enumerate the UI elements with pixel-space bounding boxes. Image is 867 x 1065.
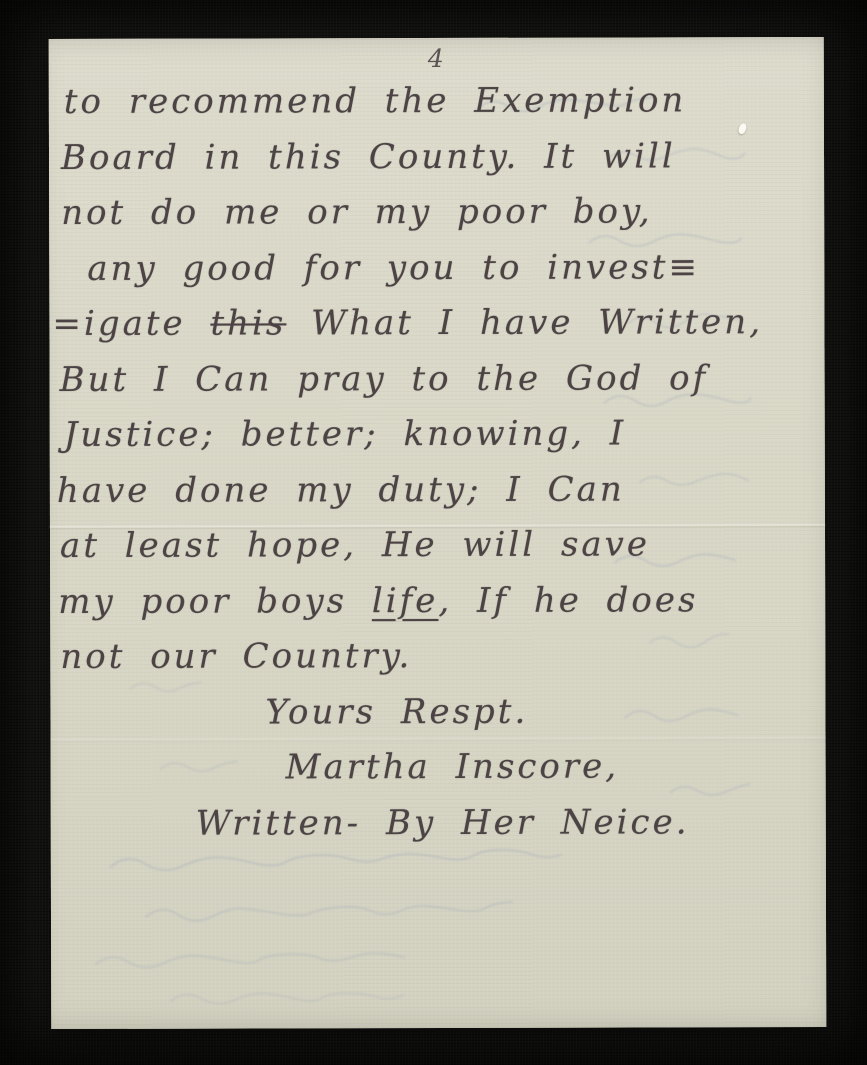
letter-line: my poor boys life, If he does (50, 572, 825, 630)
struck-word: this (210, 303, 286, 343)
page-number: 4 (49, 43, 824, 74)
letter-text-segment: Board in this County. It will (61, 136, 676, 178)
letter-line: at least hope, He will save (50, 517, 825, 575)
letter-text-segment: Yours Respt. (265, 691, 528, 732)
letter-line: have done my duty; I Can (50, 461, 825, 519)
letter-text-segment: Martha Inscore, (286, 747, 620, 788)
letter-line: Written- By Her Neice. (51, 794, 826, 852)
letter-line: Board in this County. It will (49, 128, 824, 186)
letter-text-segment: Written- By Her Neice. (196, 802, 690, 843)
letter-text-segment: What I have Written, (286, 302, 763, 343)
letter-text-segment: any good for you to invest≡ (87, 247, 700, 289)
letter-text-segment: not our Country. (60, 636, 412, 677)
letter-text-segment: , If he does (438, 580, 698, 621)
letter-line: Yours Respt. (50, 683, 825, 741)
letter-line: But I Can pray to the God of (50, 350, 825, 408)
letter-page: 4 to recommend the ExemptionBoard in thi… (49, 37, 827, 1029)
letter-text-segment: to recommend the Exemption (64, 80, 687, 122)
letter-text-segment: =igate (52, 304, 210, 344)
letter-text-segment: at least hope, He will save (60, 524, 650, 566)
photo-background: 4 to recommend the ExemptionBoard in thi… (0, 0, 867, 1065)
letter-line: to recommend the Exemption (49, 73, 824, 131)
letter-line: not do me or my poor boy, (49, 184, 824, 242)
letter-text-segment: have done my duty; I Can (57, 469, 625, 510)
letter-line: any good for you to invest≡ (49, 239, 824, 297)
letter-text-segment: But I Can pray to the God of (60, 358, 709, 400)
letter-line: =igate this What I have Written, (49, 295, 824, 353)
letter-line: Justice; better; knowing, I (50, 406, 825, 464)
letter-text-segment: not do me or my poor boy, (61, 191, 652, 233)
underlined-word: life (372, 580, 439, 620)
letter-line: Martha Inscore, (51, 739, 826, 797)
letter-text-segment: my poor boys (58, 581, 372, 622)
letter-body: to recommend the ExemptionBoard in this … (49, 73, 826, 852)
letter-text-segment: Justice; better; knowing, I (64, 414, 627, 455)
letter-line: not our Country. (50, 628, 825, 686)
